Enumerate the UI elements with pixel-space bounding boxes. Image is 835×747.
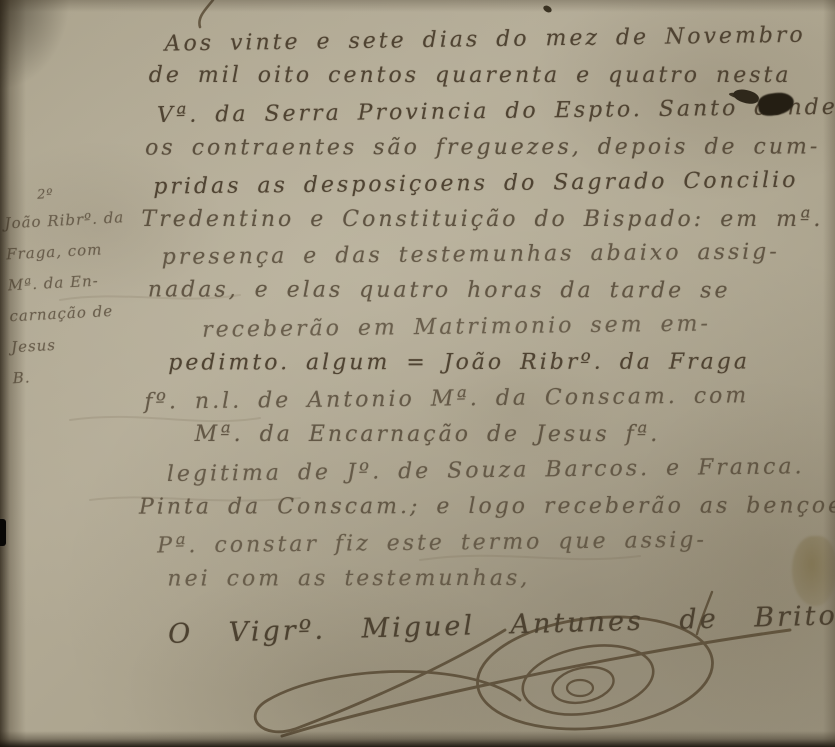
priest-signature: O Vigrº. Miguel Antunes de Brito xyxy=(168,601,809,650)
margin-annotation: 2º João Ribrº. daFraga, comMª. da En-car… xyxy=(3,180,142,394)
record-text-line: presença e das testemunhas abaixo assig- xyxy=(162,234,835,276)
record-text-line: pedimto. algum = João Ribrº. da Fraga xyxy=(168,344,835,381)
record-text-line: de mil oito centos quarenta e quatro nes… xyxy=(149,58,835,94)
record-text-line: Pinta da Conscam.; e logo receberão as b… xyxy=(139,488,835,525)
record-text-line: nadas, e elas quatro horas da tarde se xyxy=(148,273,835,310)
record-text-line: receberão em Matrimonio sem em- xyxy=(202,305,835,349)
record-text-line: Aos vinte e sete dias do mez de Novembro xyxy=(164,17,835,62)
record-text-line: Pª. constar fiz este termo que assig- xyxy=(157,521,835,564)
bottom-edge-shadow xyxy=(0,731,835,747)
record-text-line: os contraentes são freguezes, depois de … xyxy=(145,129,835,166)
record-text-line: pridas as desposiçoens do Sagrado Concil… xyxy=(153,162,835,205)
record-text-line: Mª. da Encarnação de Jesus fª. xyxy=(195,417,835,453)
edge-notch xyxy=(0,519,6,546)
record-text-line: fº. n.l. de Antonio Mª. da Conscam. com xyxy=(144,377,835,420)
ink-fleck xyxy=(542,4,553,14)
corner-shadow xyxy=(0,0,70,90)
record-text-line: legitima de Jº. de Souza Barcos. e Franc… xyxy=(167,449,835,493)
document-photo: 2º João Ribrº. daFraga, comMª. da En-car… xyxy=(0,0,835,747)
record-text-line: Vª. da Serra Provincia do Espto. Santo d… xyxy=(157,90,835,134)
top-edge-shadow xyxy=(0,0,835,12)
record-body-text: Aos vinte e sete dias do mez de Novembro… xyxy=(137,20,835,598)
record-text-line: Tredentino e Constituição do Bispado: em… xyxy=(142,202,835,238)
margin-note-lines: João Ribrº. daFraga, comMª. da En-carnaç… xyxy=(4,202,142,394)
record-text-line: nei com as testemunhas, xyxy=(167,560,835,597)
